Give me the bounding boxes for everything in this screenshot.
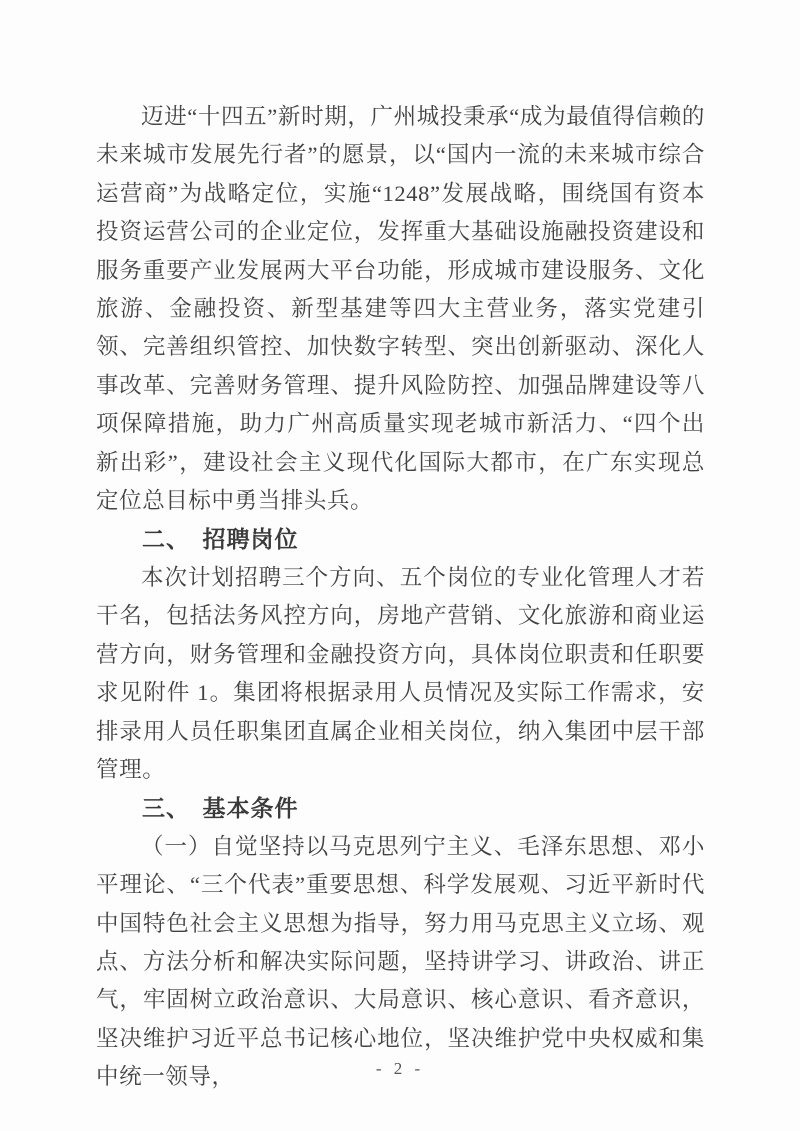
document-page: 迈进“十四五”新时期，广州城投秉承“成为最值得信赖的未来城市发展先行者”的愿景，… (0, 0, 800, 1131)
section-heading-recruitment-positions: 二、 招聘岗位 (96, 520, 705, 558)
paragraph-basic-conditions-item-1: （一）自觉坚持以马克思列宁主义、毛泽东思想、邓小平理论、“三个代表”重要思想、科… (96, 828, 705, 1097)
section-heading-basic-conditions: 三、 基本条件 (96, 789, 705, 827)
page-number: - 2 - (0, 1059, 800, 1079)
paragraph-company-vision: 迈进“十四五”新时期，广州城投秉承“成为最值得信赖的未来城市发展先行者”的愿景，… (96, 98, 705, 520)
paragraph-recruitment-positions: 本次计划招聘三个方向、五个岗位的专业化管理人才若干名，包括法务风控方向，房地产营… (96, 559, 705, 789)
